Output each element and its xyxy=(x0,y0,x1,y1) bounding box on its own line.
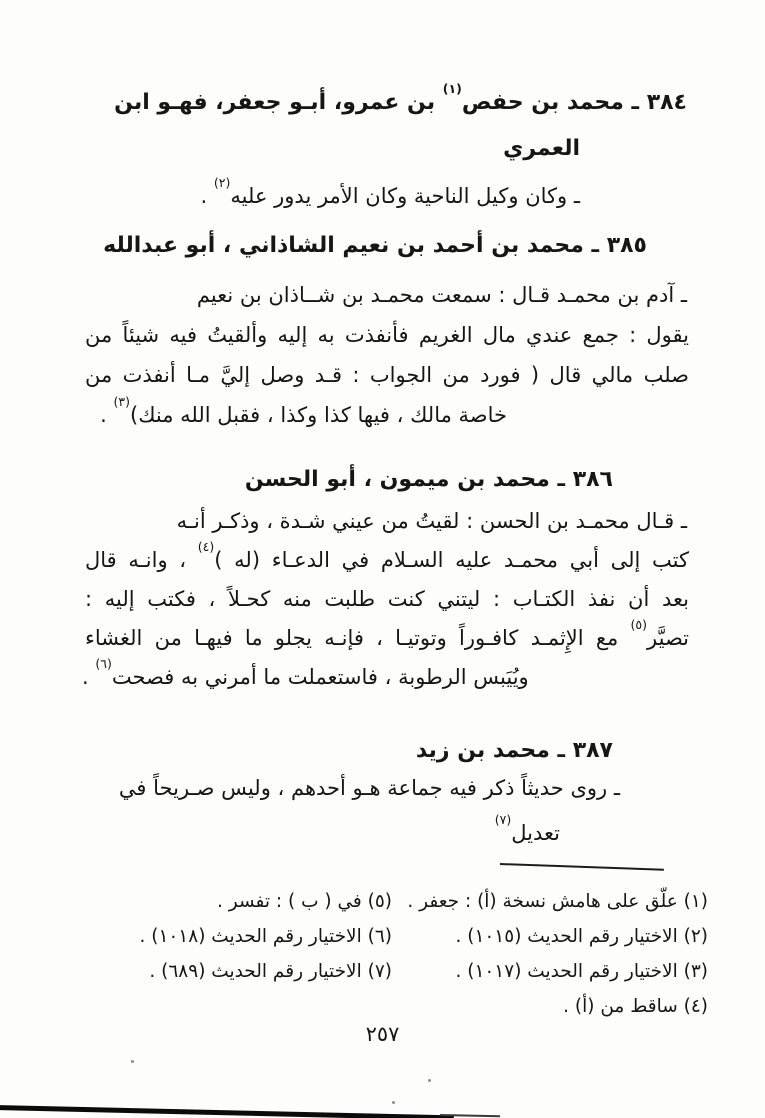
scanned-book-page: ٣٨٤ ـ محمد بن حفص(١) بن عمرو، أبـو جعفر،… xyxy=(0,0,765,1118)
entry-386-body-line-5: ويُيَبس الرطوبة ، فاستعملت ما أمرني به ف… xyxy=(82,660,529,694)
entry-384-heading-text-cont: بن عمرو، أبـو جعفر، فهـو ابن xyxy=(114,90,443,115)
entry-386-heading: ٣٨٦ ـ محمد بن ميمون ، أبو الحسن xyxy=(245,463,613,497)
entry-385-body-line-4: خاصة مالك ، فيها كذا وكذا ، فقبل الله من… xyxy=(100,398,507,432)
scan-speck xyxy=(428,1079,431,1082)
footnote-ref-2: (٢) xyxy=(214,175,231,190)
footnote-ref-3: (٣) xyxy=(114,394,131,409)
footnote-item-1: (١) علّق على هامش نسخة (أ) : جعفر . xyxy=(407,884,708,919)
scan-artifact-line xyxy=(0,1105,454,1118)
footnote-item-7: (٧) الاختيار رقم الحديث (٦٨٩) . xyxy=(139,954,392,989)
entry-386-heading-text: ٣٨٦ ـ محمد بن ميمون ، أبو الحسن xyxy=(245,467,613,492)
entry-386-body-text-5: ويُيَبس الرطوبة ، فاستعملت ما أمرني به ف… xyxy=(112,665,529,689)
footnote-ref-5: (٥) xyxy=(631,617,648,632)
entry-386-body-line-3: بعد أن نفذ الكتـاب : ليتني كنت طلبت منه … xyxy=(85,582,689,616)
page-number: ٢٥٧ xyxy=(0,1022,765,1046)
entry-386-body-text-4: تصيَّر xyxy=(647,626,689,650)
entry-385-heading-text: ٣٨٥ ـ محمد بن أحمد بن نعيم الشاذاني ، أب… xyxy=(103,233,647,258)
entry-386-body-line-4: تصيَّر(٥) مع الإِثمـد كافـوراً وتوتيـا ،… xyxy=(85,621,689,655)
entry-385-body-text-4: خاصة مالك ، فيها كذا وكذا ، فقبل الله من… xyxy=(130,403,507,427)
entry-387-body-line-2: تعديل(٧) xyxy=(495,816,560,850)
footnote-item-4: (٤) ساقط من (أ) . xyxy=(407,989,708,1024)
entry-387-heading: ٣٨٧ ـ محمد بن زيد xyxy=(416,734,613,768)
entry-385-body-text-4-end: . xyxy=(100,403,113,427)
entry-384-body-line: ـ وكان وكيل الناحية وكان الأمر يدور عليه… xyxy=(201,179,580,213)
entry-386-body-line-2: كتب إلى أبي محمـد عليه السـلام في الدعـا… xyxy=(85,543,689,577)
entry-387-heading-text: ٣٨٧ ـ محمد بن زيد xyxy=(416,738,613,763)
entry-384-heading-line-1: ٣٨٤ ـ محمد بن حفص(١) بن عمرو، أبـو جعفر،… xyxy=(114,86,687,120)
footnote-item-2: (٢) الاختيار رقم الحديث (١٠١٥) . xyxy=(407,919,708,954)
entry-384-body-text-end: . xyxy=(201,184,214,208)
footnotes-left-column: (٥) في ( ب ) : تفسر . (٦) الاختيار رقم ا… xyxy=(139,884,392,989)
footnote-ref-7: (٧) xyxy=(495,812,512,827)
entry-385-heading: ٣٨٥ ـ محمد بن أحمد بن نعيم الشاذاني ، أب… xyxy=(103,229,647,263)
footnote-item-6: (٦) الاختيار رقم الحديث (١٠١٨) . xyxy=(139,919,392,954)
entry-387-body-text-1: ـ روى حديثاً ذكر فيه جماعة هـو أحدهم ، و… xyxy=(119,776,620,800)
entry-386-body-text-2-end: ، وانـه قال xyxy=(85,548,198,572)
entry-387-body-line-1: ـ روى حديثاً ذكر فيه جماعة هـو أحدهم ، و… xyxy=(119,771,620,805)
entry-387-body-text-2: تعديل xyxy=(511,821,560,845)
entry-385-body-line-2: يقول : جمع عندي مال الغريم فأنفذت به إلي… xyxy=(85,318,689,352)
footnote-ref-6: (٦) xyxy=(95,656,112,671)
entry-384-heading-text: ٣٨٤ ـ محمد بن حفص xyxy=(462,90,687,115)
entry-386-body-text-4-end: مع الإِثمـد كافـوراً وتوتيـا ، فإنـه يجل… xyxy=(85,626,631,650)
entry-385-body-text-2: يقول : جمع عندي مال الغريم فأنفذت به إلي… xyxy=(85,323,689,347)
footnote-ref-1: (١) xyxy=(443,81,462,96)
footnote-item-3: (٣) الاختيار رقم الحديث (١٠١٧) . xyxy=(407,954,708,989)
entry-385-body-line-3: صلب مالي قال ( فورد من الجواب : قـد وصل … xyxy=(85,358,689,392)
entry-384-heading-text-2: العمري xyxy=(503,136,580,161)
entry-385-body-text-1: ـ آدم بن محمـد قـال : سمعت محمـد بن شــا… xyxy=(197,283,687,307)
entry-386-body-line-1: ـ قـال محمـد بن الحسن : لقيتُ من عيني شـ… xyxy=(177,504,687,538)
entry-386-body-text-3: بعد أن نفذ الكتـاب : ليتني كنت طلبت منه … xyxy=(85,587,689,611)
footnote-item-5: (٥) في ( ب ) : تفسر . xyxy=(139,884,392,919)
entry-384-body-text: ـ وكان وكيل الناحية وكان الأمر يدور عليه xyxy=(230,184,580,208)
footnote-ref-4: (٤) xyxy=(198,539,215,554)
entry-386-body-text-2: كتب إلى أبي محمـد عليه السـلام في الدعـا… xyxy=(214,548,689,572)
entry-385-body-line-1: ـ آدم بن محمـد قـال : سمعت محمـد بن شــا… xyxy=(197,278,687,312)
entry-385-body-text-3: صلب مالي قال ( فورد من الجواب : قـد وصل … xyxy=(85,363,689,387)
entry-384-heading-line-2: العمري xyxy=(503,132,580,166)
footnotes-right-column: (١) علّق على هامش نسخة (أ) : جعفر . (٢) … xyxy=(407,884,708,1024)
entry-386-body-text-1: ـ قـال محمـد بن الحسن : لقيتُ من عيني شـ… xyxy=(177,509,687,533)
entry-386-body-text-5-end: . xyxy=(82,665,95,689)
scan-speck xyxy=(131,1060,134,1063)
scan-speck xyxy=(392,1101,395,1104)
footnote-separator-line xyxy=(500,863,664,871)
